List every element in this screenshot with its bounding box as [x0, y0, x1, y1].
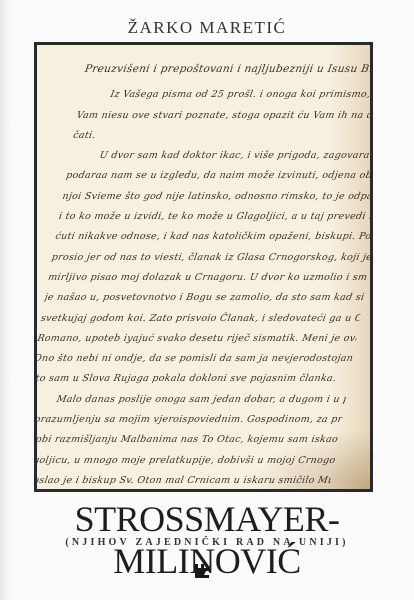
manuscript-line: svetkujaj godom koi. Zato prisvoio Člana… [39, 309, 362, 329]
manuscript-line: Malo danas poslije onoga sam jedan dobar… [34, 390, 347, 410]
manuscript-line: razlozi, mene sam i ovi, tako je starom … [34, 491, 329, 492]
manuscript-line: čati. [71, 126, 373, 146]
manuscript-line: za poslao je i biskup Sv. Oton mal Crnic… [34, 471, 333, 491]
manuscript-line: njoi Svieme što god nije latinsko, odnos… [61, 187, 373, 207]
manuscript-line: je našao u, posvetovnotvo i Bogu se zamo… [43, 288, 366, 308]
book-subtitle: (NJIHOV ZAJEDNIČKI RAD NA UNIJI) [0, 537, 414, 548]
manuscript-line: Vam niesu ove stvari poznate, stoga opaz… [75, 106, 373, 126]
manuscript-greeting: Preuzvišeni i prepoštovani i najljubezni… [83, 59, 373, 79]
manuscript-line: Glagoljicu, u mnogo moje prelatkupije, d… [34, 451, 337, 471]
manuscript-line: mirljivo pisao moj dolazak u Crnagoru. U… [46, 268, 369, 288]
manuscript-line: Iz Vašega pisma od 25 prošl. i onoga koi… [78, 85, 373, 105]
manuscript-line: U dvor sam kad doktor ikac, i više prigo… [68, 146, 373, 166]
publisher-logo-icon [194, 563, 210, 579]
manuscript-line: ćuti nikakve odnose, i kad nas katolički… [53, 227, 373, 247]
author-name: ŽARKO MARETIĆ [0, 18, 414, 38]
manuscript-line: prosio jer od nas to viesti, članak iz G… [50, 248, 373, 268]
manuscript-line: što sam u Slova Rujaga pokala dokloni sv… [34, 369, 351, 389]
manuscript-line: podaraa nam se u izgledu, da naim može i… [64, 166, 373, 186]
manuscript-line: Romano, upoteb iyajuć svako desetu riječ… [36, 329, 359, 349]
manuscript-line: sporazumljenju sa mojim vjeroispoviednim… [34, 410, 344, 430]
manuscript-image: Preuzvišeni i prepoštovani i najljubezni… [34, 42, 373, 492]
manuscript-line: i to ko može u izvidi, te ko može u Glag… [57, 207, 373, 227]
manuscript-line: Ono što nebi ni ondje, da se pomisli da … [34, 349, 355, 369]
manuscript-line: Vu obi razmišljanju Malbanima nas To Ota… [34, 430, 340, 450]
manuscript-text: Preuzvišeni i prepoštovani i najljubezni… [34, 59, 373, 492]
